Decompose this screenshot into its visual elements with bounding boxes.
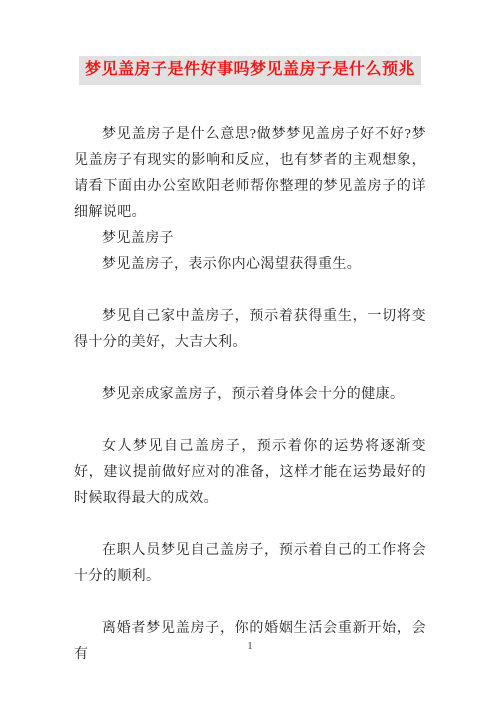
paragraph: 梦见自己家中盖房子，预示着获得重生，一切将变得十分的美好，大吉大利。 <box>74 304 426 356</box>
page-title: 梦见盖房子是件好事吗梦见盖房子是什么预兆 <box>85 61 415 78</box>
title-row: 梦见盖房子是件好事吗梦见盖房子是什么预兆 <box>0 56 500 85</box>
body-paragraphs: 梦见盖房子是什么意思?做梦梦见盖房子好不好?梦见盖房子有现实的影响和反应，也有梦… <box>74 122 426 668</box>
paragraph: 在职人员梦见自己盖房子，预示着自己的工作将会十分的顺利。 <box>74 538 426 590</box>
paragraph: 梦见盖房子是什么意思?做梦梦见盖房子好不好?梦见盖房子有现实的影响和反应，也有梦… <box>74 122 426 226</box>
document-page: 梦见盖房子是件好事吗梦见盖房子是什么预兆 梦见盖房子是什么意思?做梦梦见盖房子好… <box>0 0 500 708</box>
title-highlight: 梦见盖房子是件好事吗梦见盖房子是什么预兆 <box>79 56 421 85</box>
paragraph: 梦见亲成家盖房子，预示着身体会十分的健康。 <box>74 382 426 408</box>
paragraph: 梦见盖房子，表示你内心渴望获得重生。 <box>74 252 426 278</box>
paragraph: 梦见盖房子 <box>74 226 426 252</box>
paragraph: 女人梦见自己盖房子，预示着你的运势将逐渐变好，建议提前做好应对的准备，这样才能在… <box>74 434 426 512</box>
page-number: 1 <box>0 640 500 653</box>
